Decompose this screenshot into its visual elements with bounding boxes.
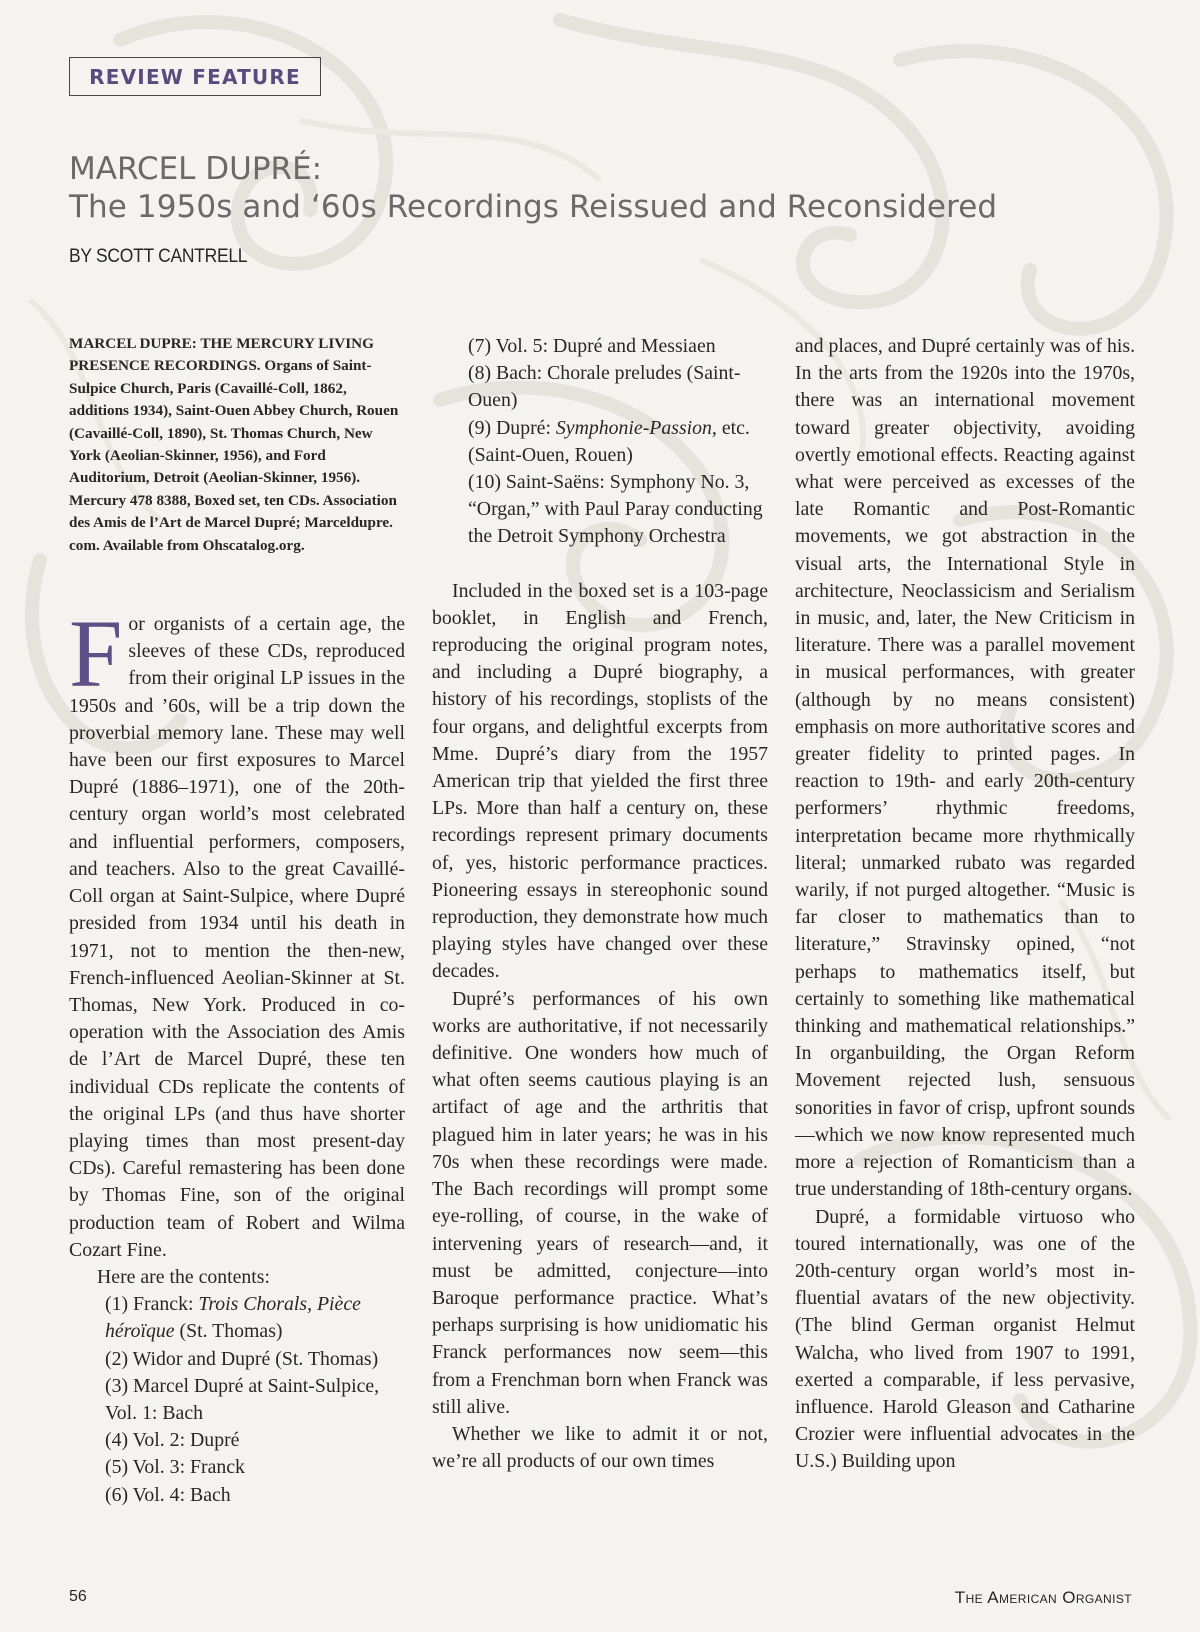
column-2: (7) Vol. 5: Dupré and Messiaen (8) Bach:… — [432, 333, 768, 1475]
page-number: 56 — [69, 1588, 87, 1606]
article-title: MARCEL DUPRÉ: The 1950s and ‘60s Recordi… — [69, 150, 997, 226]
byline: BY SCOTT CANTRELL — [69, 246, 247, 268]
paragraph-times-start: Whether we like to admit it or not, we’r… — [432, 1421, 768, 1475]
contents-item: (8) Bach: Chorale preludes (Saint-Ouen) — [468, 360, 768, 414]
contents-item: (9) Dupré: Symphonie-Passion, etc. (Sain… — [468, 415, 768, 469]
contents-item: (3) Marcel Dupré at Saint-Sulpice, Vol. … — [105, 1373, 405, 1427]
paragraph-intro-text: or organists of a certain age, the sleev… — [69, 613, 405, 1261]
contents-item: (10) Saint-Saëns: Symphony No. 3, “Organ… — [468, 469, 768, 551]
publication-name: The American Organist — [955, 1588, 1132, 1608]
review-header: MARCEL DUPRE: THE MERCURY LIVING PRESENC… — [69, 333, 405, 557]
contents-item: (6) Vol. 4: Bach — [105, 1482, 405, 1509]
contents-item: (7) Vol. 5: Dupré and Messiaen — [468, 333, 768, 360]
contents-item: (5) Vol. 3: Franck — [105, 1454, 405, 1481]
paragraph-virtuoso: Dupré, a formidable virtuoso who toured … — [795, 1204, 1135, 1476]
magazine-page: REVIEW FEATURE MARCEL DUPRÉ: The 1950s a… — [0, 0, 1200, 1632]
paragraph-performances: Dupré’s performances of his own works ar… — [432, 986, 768, 1421]
drop-cap: F — [69, 617, 122, 691]
contents-item: (2) Widor and Dupré (St. Thomas) — [105, 1346, 405, 1373]
contents-intro: Here are the contents: — [69, 1264, 405, 1291]
contents-item: (4) Vol. 2: Dupré — [105, 1427, 405, 1454]
title-line-1: MARCEL DUPRÉ: — [69, 151, 322, 187]
contents-list: (1) Franck: Trois Chorals, Pièce héroïqu… — [69, 1291, 405, 1509]
column-3: and places, and Dupré certainly was of h… — [795, 333, 1135, 1476]
section-tag: REVIEW FEATURE — [69, 57, 321, 96]
paragraph-times-continued: and places, and Dupré certainly was of h… — [795, 333, 1135, 1204]
column-1: MARCEL DUPRE: THE MERCURY LIVING PRESENC… — [69, 333, 405, 1509]
contents-list-continued: (7) Vol. 5: Dupré and Messiaen (8) Bach:… — [432, 333, 768, 551]
paragraph-booklet: Included in the boxed set is a 103-page … — [432, 578, 768, 986]
title-line-2: The 1950s and ‘60s Recordings Reissued a… — [69, 188, 997, 226]
paragraph-intro: For organists of a certain age, the slee… — [69, 611, 405, 1264]
contents-item: (1) Franck: Trois Chorals, Pièce héroïqu… — [105, 1291, 405, 1345]
